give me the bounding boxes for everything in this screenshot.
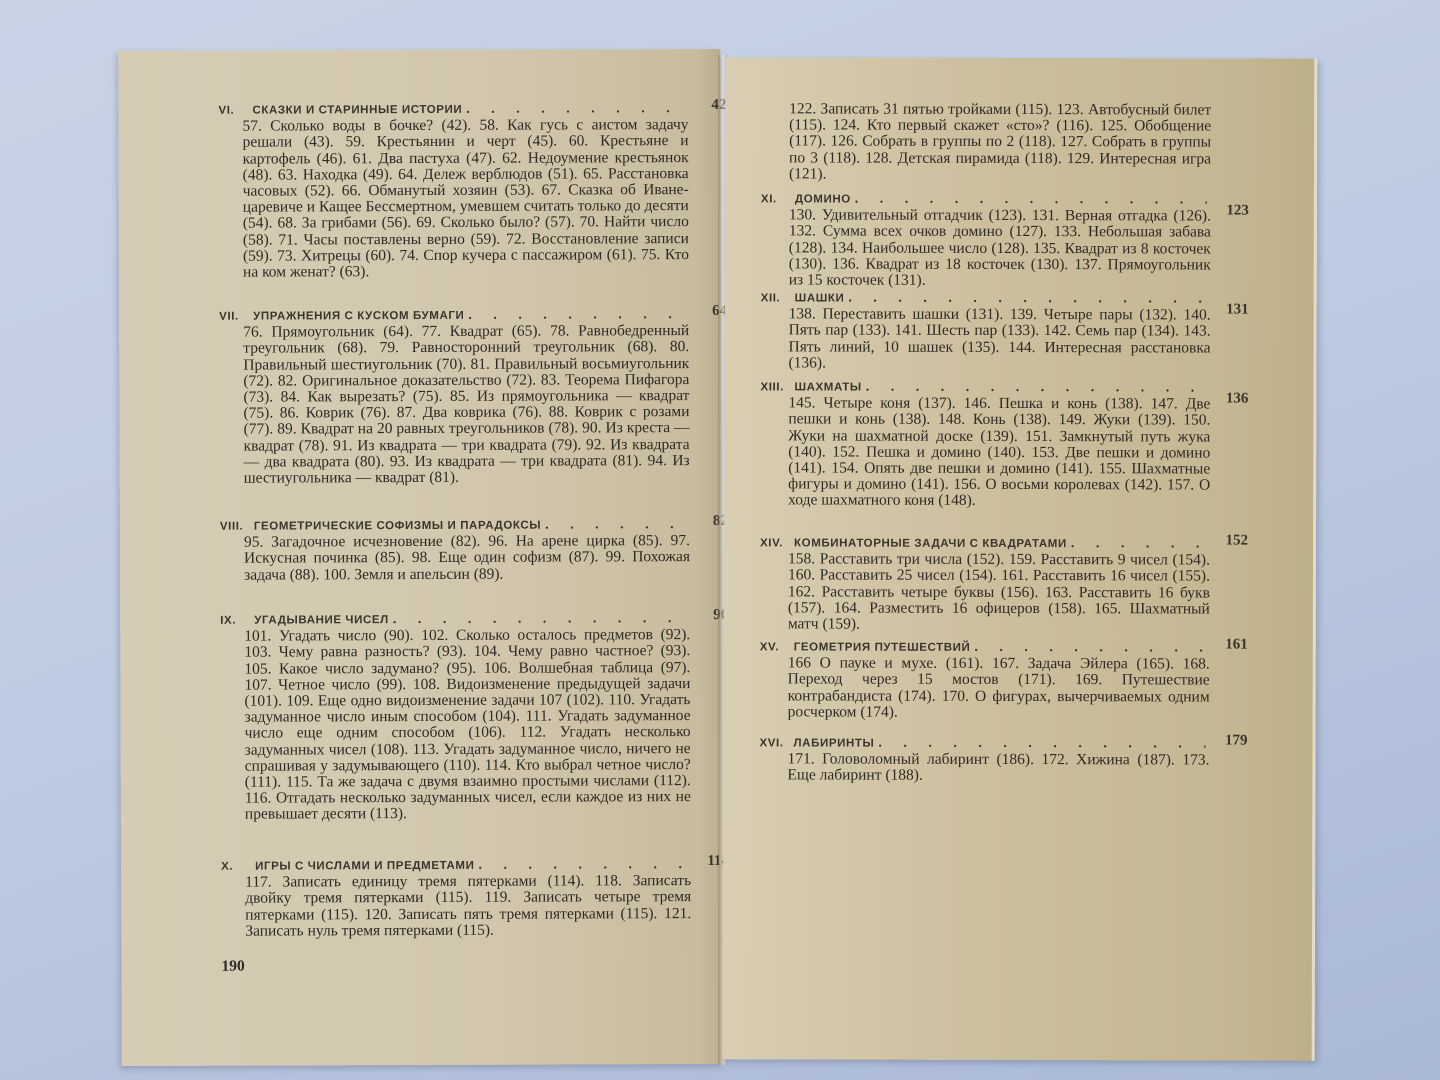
section-title: ГЕОМЕТРИЯ ПУТЕШЕСТВИЙ <box>794 639 971 656</box>
section-title: ГЕОМЕТРИЧЕСКИЕ СОФИЗМЫ И ПАРАДОКСЫ <box>254 518 541 535</box>
section-title: ШАШКИ <box>795 290 845 306</box>
section-title: ШАХМАТЫ <box>794 379 861 395</box>
section-number: VI. <box>218 103 244 119</box>
section-page-number: 152 <box>1226 533 1249 549</box>
dot-leader: . . . . . . . . . . . . . . . . . . . . … <box>866 380 1207 397</box>
toc-section-ix: IX. УГАДЫВАНИЕ ЧИСЕЛ . . . . . . . . . .… <box>220 611 691 823</box>
section-page-number: 136 <box>1226 391 1249 407</box>
section-entries: 130. Удивительный отгадчик (123). 131. В… <box>789 208 1211 290</box>
section-title: УПРАЖНЕНИЯ С КУСКОМ БУМАГИ <box>253 308 464 325</box>
toc-section-xv: XV. ГЕОМЕТРИЯ ПУТЕШЕСТВИЙ . . . . . . . … <box>760 639 1210 721</box>
dot-leader: . . . . . . . . . . . . . . . . . . . . … <box>545 517 686 534</box>
dot-leader: . . . . . . . . . . . . . . . . . . . . … <box>878 736 1205 753</box>
section-title: СКАЗКИ И СТАРИННЫЕ ИСТОРИИ <box>252 102 462 119</box>
toc-section-xii: XII. ШАШКИ . . . . . . . . . . . . . . .… <box>760 290 1210 372</box>
dot-leader: . . . . . . . . . . . . . . . . . . . . … <box>466 101 684 118</box>
section-entries: 101. Угадать число (90). 102. Сколько ос… <box>244 627 691 823</box>
section-number: XII. <box>761 290 787 306</box>
section-heading: VII. УПРАЖНЕНИЯ С КУСКОМ БУМАГИ . . . . … <box>219 307 689 325</box>
section-number: XIII. <box>760 379 786 395</box>
dot-leader: . . . . . . . . . . . . . . . . . . . . … <box>478 857 687 874</box>
dot-leader: . . . . . . . . . . . . . . . . . . . . … <box>848 291 1206 308</box>
section-title: ИГРЫ С ЧИСЛАМИ И ПРЕДМЕТАМИ <box>255 858 474 875</box>
section-number: XVI. <box>759 735 785 751</box>
section-number: VIII. <box>220 519 246 535</box>
section-page-number: 131 <box>1226 302 1249 318</box>
section-number: X. <box>221 859 247 875</box>
section-page-number: 123 <box>1226 203 1249 219</box>
section-heading: VI. СКАЗКИ И СТАРИННЫЕ ИСТОРИИ . . . . .… <box>218 101 688 119</box>
section-title: ЛАБИРИНТЫ <box>793 735 874 751</box>
section-number: XI. <box>761 191 787 207</box>
left-page: VI. СКАЗКИ И СТАРИННЫЕ ИСТОРИИ . . . . .… <box>118 49 724 1066</box>
section-title: КОМБИНАТОРНЫЕ ЗАДАЧИ С КВАДРАТАМИ <box>794 535 1067 552</box>
section-number: XV. <box>760 639 786 655</box>
section-title: УГАДЫВАНИЕ ЧИСЕЛ <box>254 612 389 629</box>
toc-section-viii: VIII. ГЕОМЕТРИЧЕСКИЕ СОФИЗМЫ И ПАРАДОКСЫ… <box>220 517 690 583</box>
toc-section-xi: XI. ДОМИНО . . . . . . . . . . . . . . .… <box>761 191 1211 289</box>
section-heading: XV. ГЕОМЕТРИЯ ПУТЕШЕСТВИЙ . . . . . . . … <box>760 639 1210 656</box>
section-heading: X. ИГРЫ С ЧИСЛАМИ И ПРЕДМЕТАМИ . . . . .… <box>221 857 691 875</box>
section-entries: 117. Записать единицу тремя пятерками (1… <box>245 873 691 939</box>
section-title: ДОМИНО <box>795 191 851 207</box>
toc-section-vi: VI. СКАЗКИ И СТАРИННЫЕ ИСТОРИИ . . . . .… <box>218 101 689 281</box>
section-entries: 76. Прямоугольник (64). 77. Квадрат (65)… <box>243 323 690 487</box>
section-heading: IX. УГАДЫВАНИЕ ЧИСЕЛ . . . . . . . . . .… <box>220 611 690 629</box>
section-number: IX. <box>220 613 246 629</box>
section-heading: XIV. КОМБИНАТОРНЫЕ ЗАДАЧИ С КВАДРАТАМИ .… <box>760 535 1210 552</box>
toc-continuation: 122. Записать 31 пятью тройками (115). 1… <box>761 101 1211 183</box>
toc-section-xiv: XIV. КОМБИНАТОРНЫЕ ЗАДАЧИ С КВАДРАТАМИ .… <box>760 535 1210 633</box>
section-entries: 171. Головоломный лабиринт (186). 172. Х… <box>787 752 1209 786</box>
section-entries: 166 О пауке и мухе. (161). 167. Задача Э… <box>788 656 1210 722</box>
section-entries: 95. Загадочное исчезновение (82). 96. На… <box>244 533 690 583</box>
section-number: VII. <box>219 309 245 325</box>
dot-leader: . . . . . . . . . . . . . . . . . . . . … <box>1071 536 1206 553</box>
section-heading: VIII. ГЕОМЕТРИЧЕСКИЕ СОФИЗМЫ И ПАРАДОКСЫ… <box>220 517 690 535</box>
section-heading: XVI. ЛАБИРИНТЫ . . . . . . . . . . . . .… <box>759 735 1209 752</box>
toc-section-xiii: XIII. ШАХМАТЫ . . . . . . . . . . . . . … <box>760 379 1210 510</box>
section-page-number: 179 <box>1225 733 1248 749</box>
dot-leader: . . . . . . . . . . . . . . . . . . . . … <box>468 307 685 324</box>
section-number: XIV. <box>760 535 786 551</box>
dot-leader: . . . . . . . . . . . . . . . . . . . . … <box>855 192 1207 209</box>
section-heading: XIII. ШАХМАТЫ . . . . . . . . . . . . . … <box>760 379 1210 396</box>
section-entries: 145. Четыре коня (137). 146. Пешка и кон… <box>788 396 1210 511</box>
section-entries: 138. Переставить шашки (131). 139. Четыр… <box>788 307 1210 373</box>
toc-section-xvi: XVI. ЛАБИРИНТЫ . . . . . . . . . . . . .… <box>759 735 1209 785</box>
section-heading: XI. ДОМИНО . . . . . . . . . . . . . . .… <box>761 191 1211 208</box>
section-entries: 122. Записать 31 пятью тройками (115). 1… <box>789 101 1211 183</box>
section-entries: 57. Сколько воды в бочке? (42). 58. Как … <box>242 117 689 281</box>
toc-section-x: X. ИГРЫ С ЧИСЛАМИ И ПРЕДМЕТАМИ . . . . .… <box>221 857 691 940</box>
section-page-number: 161 <box>1225 637 1248 653</box>
section-heading: XII. ШАШКИ . . . . . . . . . . . . . . .… <box>761 290 1211 307</box>
page-number: 190 <box>221 958 244 976</box>
dot-leader: . . . . . . . . . . . . . . . . . . . . … <box>393 611 686 628</box>
dot-leader: . . . . . . . . . . . . . . . . . . . . … <box>974 640 1205 657</box>
section-entries: 158. Расставить три числа (152). 159. Ра… <box>788 552 1210 634</box>
right-page: 122. Записать 31 пятью тройками (115). 1… <box>723 57 1318 1061</box>
toc-section-vii: VII. УПРАЖНЕНИЯ С КУСКОМ БУМАГИ . . . . … <box>219 307 690 487</box>
